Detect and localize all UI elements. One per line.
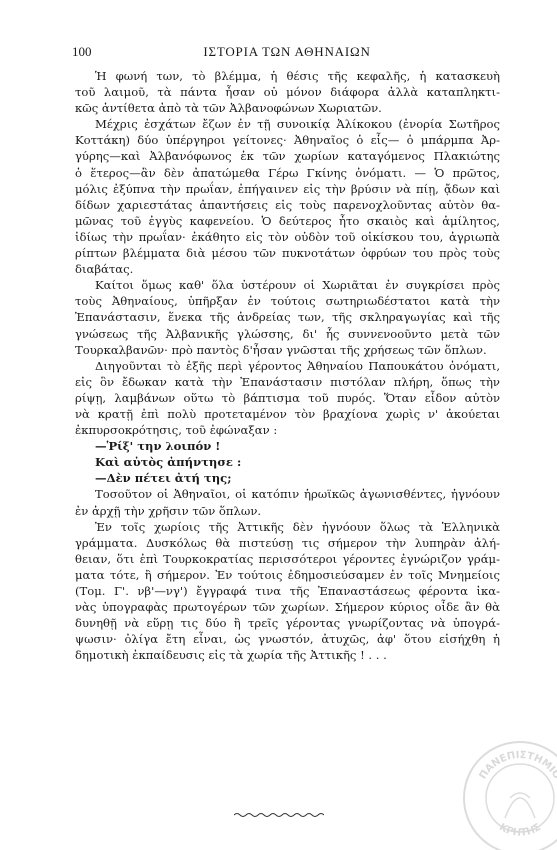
text-line: μόλις ἐξύπνα τὴν πρωΐαν, ἐπήγαινεν εἰς τ…: [75, 181, 500, 197]
text-line: νὰ κρατῇ ἐπὶ πολὺ προτεταμένον τὸν βραχί…: [75, 406, 500, 422]
text-line: (Τομ. Γ'. νβ'—νγ') ἔγγραφά τινα τῆς Ἐπαν…: [75, 583, 500, 599]
text-line: —Ῥίξ' την λοιπόν !: [75, 438, 500, 454]
text-line: ρίπτων βλέμματα διὰ μέσου τῶν πυκνοτάτων…: [75, 245, 500, 261]
text-line: γνώσεως τῆς Ἀλβανικῆς γλώσσης, δι' ἧς συ…: [75, 326, 500, 342]
ornament-divider: [234, 811, 324, 819]
text-line: διαβάτας.: [75, 261, 500, 277]
text-line: —Δὲν πέτει ἀτή της;: [75, 470, 500, 486]
text-line: ἰδίως τὴν πρωΐαν· ἐκάθητο εἰς τὸν οὐδὸν …: [75, 229, 500, 245]
svg-text:ΠΑΝΕΠΙΣΤΗΜΙΟ: ΠΑΝΕΠΙΣΤΗΜΙΟ: [477, 750, 557, 781]
text-line: Ἐν τοῖς χωρίοις τῆς Ἀττικῆς δὲν ἠγνόουν …: [75, 519, 500, 535]
text-line: Τοσοῦτον οἱ Ἀθηναῖοι, οἱ κατόπιν ἡρωϊκῶς…: [75, 486, 500, 502]
text-line: θειαν, ὅτι ἐπὶ Τουρκοκρατίας περισσότερο…: [75, 551, 500, 567]
text-line: Ἡ φωνή των, τὸ βλέμμα, ἡ θέσις τῆς κεφαλ…: [75, 68, 500, 84]
running-title: ΙΣΤΟΡΙΑ ΤΩΝ ΑΘΗΝΑΙΩΝ: [72, 44, 502, 60]
text-line: νὰς ὑπογραφὰς πρωτογέρων τῶν χωρίων. Σήμ…: [75, 599, 500, 615]
text-line: ρίψῃ, λαμβάνων οὕτω τὸ βάπτισμα τοῦ πυρό…: [75, 390, 500, 406]
body-text: Ἡ φωνή των, τὸ βλέμμα, ἡ θέσις τῆς κεφαλ…: [75, 68, 500, 663]
text-line: ὁ ἕτερος—ἂν δὲν ἀπατώμεθα Γέρω Γκίνης ὀν…: [75, 165, 500, 181]
text-line: ἐκπυρσοκρότησις, τοῦ ἐφώναξαν :: [75, 422, 500, 438]
text-line: Καὶ αὐτὸς ἀπήντησε :: [75, 454, 500, 470]
svg-text:ΚΡΗΤΗΣ: ΚΡΗΤΗΣ: [497, 822, 543, 839]
text-line: Διηγοῦνται τὸ ἑξῆς περὶ γέροντος Ἀθηναίο…: [75, 358, 500, 374]
text-line: ψωσιν· ὀλίγα ἔτη εἶναι, ὡς γνωστόν, ἀτυχ…: [75, 631, 500, 647]
text-line: γράμματα. Δυσκόλως θὰ πιστεύσῃ τις σήμερ…: [75, 535, 500, 551]
text-line: δίδων χαριεστάτας ἀπαντήσεις εἰς τοὺς πα…: [75, 197, 500, 213]
text-line: εἰς ὃν ἔδωκαν κατὰ τὴν Ἐπανάστασιν πιστό…: [75, 374, 500, 390]
text-line: Ἐπανάστασιν, ἕνεκα τῆς ἀνδρείας των, τῆς…: [75, 309, 500, 325]
text-line: Μέχρις ἐσχάτων ἔζων ἐν τῇ συνοικίᾳ Ἀλίκο…: [75, 116, 500, 132]
text-line: τοῦ λαιμοῦ, τὰ πάντα ἦσαν οὐ μόνον διάφο…: [75, 84, 500, 100]
text-line: γύρης—καὶ Ἀλβανόφωνος ἐκ τῶν χωρίων κατα…: [75, 148, 500, 164]
text-line: μῶνας τοῦ ἐγγὺς καφενείου. Ὁ δεύτερος ἦτ…: [75, 213, 500, 229]
text-line: δυνηθῇ νὰ εὕρῃ τις δύο ἢ τρεῖς γέροντας …: [75, 615, 500, 631]
text-line: κῶς ἀντίθετα ἀπὸ τὰ τῶν Ἀλβανοφώνων Χωρι…: [75, 100, 500, 116]
text-line: Κοττάκη) δύο ὑπέργηροι γείτονες· Ἀθηναῖο…: [75, 132, 500, 148]
text-line: Τουρκαλβανῶν· πρὸ παντὸς δ'ἦσαν γνῶσται …: [75, 342, 500, 358]
text-line: Καίτοι ὅμως καθ' ὅλα ὑστέρουν οἱ Χωριᾶτα…: [75, 277, 500, 293]
text-line: ἐν ἀρχῇ τὴν χρῆσιν τῶν ὅπλων.: [75, 503, 500, 519]
text-line: τοὺς Ἀθηναίους, ὑπῆρξαν ἐν τούτοις σωτηρ…: [75, 293, 500, 309]
library-stamp-icon: ΠΑΝΕΠΙΣΤΗΜΙΟ ΚΡΗΤΗΣ: [460, 738, 557, 850]
text-line: δημοτικὴ ἐκπαίδευσις εἰς τὰ χωρία τῆς Ἀτ…: [75, 647, 500, 663]
text-line: ματα τότε, ἢ σήμερον. Ἐν τούτοις ἐδημοσι…: [75, 567, 500, 583]
page-header: 100 ΙΣΤΟΡΙΑ ΤΩΝ ΑΘΗΝΑΙΩΝ: [72, 44, 502, 60]
